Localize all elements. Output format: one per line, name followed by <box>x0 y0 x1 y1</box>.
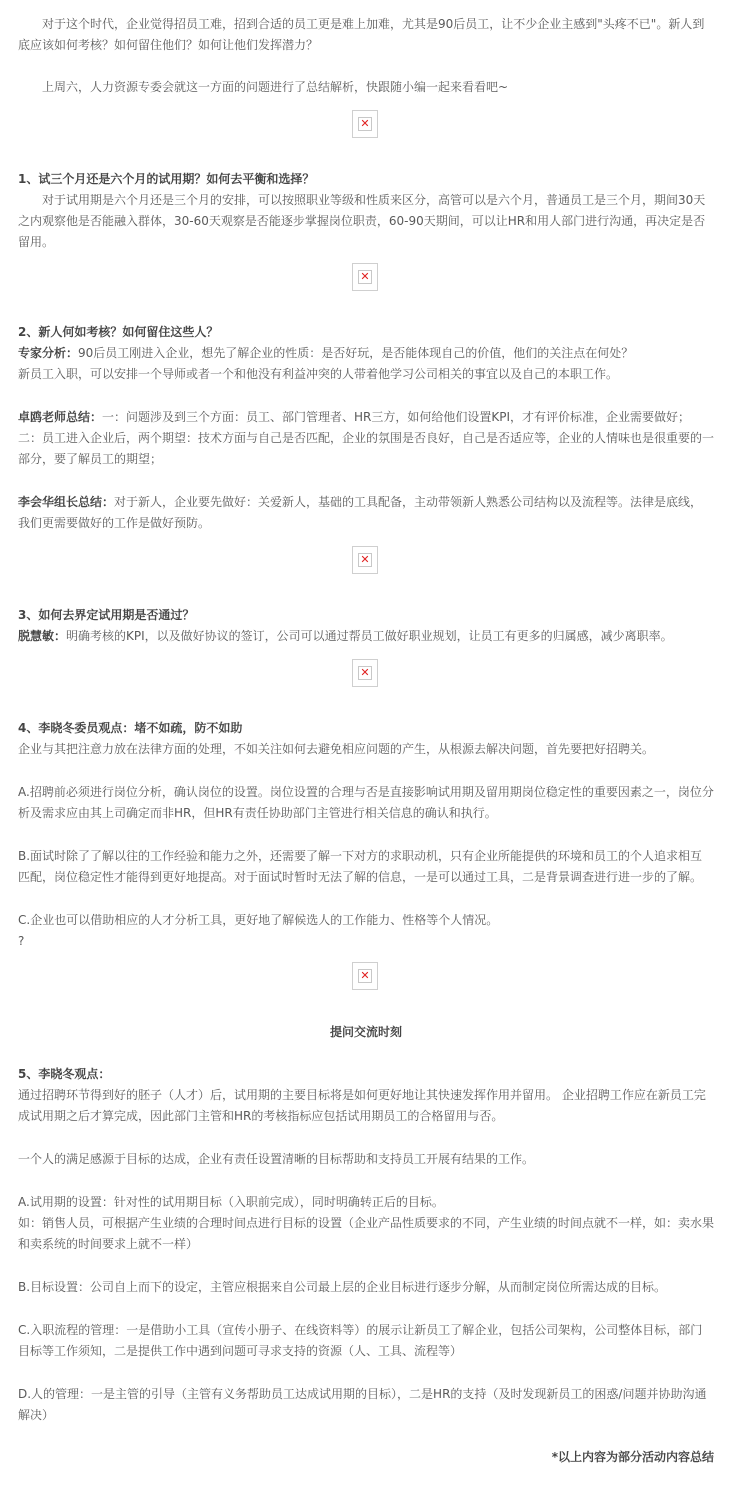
li-summary: 李会华组长总结：对于新人，企业要先做好：关爱新人，基础的工具配备，主动带领新人熟… <box>18 492 714 534</box>
section-4-heading: 4、李晓冬委员观点：堵不如疏，防不如助 <box>18 718 714 739</box>
section-1-body: 对于试用期是六个月还是三个月的安排，可以按照职业等级和性质来区分，高管可以是六个… <box>18 190 714 253</box>
section-5-heading: 5、李晓冬观点： <box>18 1064 714 1085</box>
expert-text-2: 新员工入职，可以安排一个导师或者一个和他没有利益冲突的人带着他学习公司相关的事宜… <box>18 364 714 385</box>
section-5-point-a: A.试用期的设置：针对性的试用期目标（入职前完成），同时明确转正后的目标。 <box>18 1192 714 1213</box>
section-5-paragraph-1: 通过招聘环节得到好的胚子（人才）后，试用期的主要目标将是如何更好地让其快速发挥作… <box>18 1085 714 1127</box>
section-4-point-b: B.面试时除了了解以往的工作经验和能力之外，还需要了解一下对方的求职动机，只有企… <box>18 846 714 888</box>
section-2-heading: 2、新人何如考核？如何留住这些人？ <box>18 322 714 343</box>
broken-image-icon: ✕ <box>358 666 372 680</box>
broken-image: ✕ <box>352 962 378 990</box>
qa-title: 提问交流时刻 <box>18 1022 714 1043</box>
broken-image-icon: ✕ <box>358 270 372 284</box>
section-5-point-a-example: 如：销售人员，可根据产生业绩的合理时间点进行目标的设置（企业产品性质要求的不同，… <box>18 1213 714 1255</box>
zhuo-text-2: 二：员工进入企业后，两个期望：技术方面与自己是否匹配，企业的氛围是否良好，自己是… <box>18 428 714 470</box>
section-3-heading: 3、如何去界定试用期是否通过？ <box>18 605 714 626</box>
zhuo-text: 一：问题涉及到三个方面：员工、部门管理者、HR三方，如何给他们设置KPI，才有评… <box>102 410 690 424</box>
broken-image: ✕ <box>352 659 378 687</box>
broken-image-icon: ✕ <box>358 117 372 131</box>
broken-image: ✕ <box>352 263 378 291</box>
broken-image-icon: ✕ <box>358 553 372 567</box>
broken-image-icon: ✕ <box>358 969 372 983</box>
section-3-body: 脱慧敏：明确考核的KPI，以及做好协议的签订，公司可以通过帮员工做好职业规划，让… <box>18 626 714 647</box>
section-5-point-b: B.目标设置：公司自上而下的设定，主管应根据来自公司最上层的企业目标进行逐步分解… <box>18 1277 714 1298</box>
li-label: 李会华组长总结： <box>18 495 114 509</box>
section-3-text: 明确考核的KPI，以及做好协议的签订，公司可以通过帮员工做好职业规划，让员工有更… <box>66 629 673 643</box>
expert-text: 90后员工刚进入企业，想先了解企业的性质：是否好玩，是否能体现自己的价值，他们的… <box>78 346 633 360</box>
section-4-point-a: A.招聘前必须进行岗位分析，确认岗位的设置。岗位设置的合理与否是直接影响试用期及… <box>18 782 714 824</box>
section-5-paragraph-2: 一个人的满足感源于目标的达成，企业有责任设置清晰的目标帮助和支持员工开展有结果的… <box>18 1149 714 1170</box>
intro-paragraph-1: 对于这个时代，企业觉得招员工难，招到合适的员工更是难上加难，尤其是90后员工，让… <box>18 14 714 56</box>
zhuo-summary: 卓鸥老师总结：一：问题涉及到三个方面：员工、部门管理者、HR三方，如何给他们设置… <box>18 407 714 428</box>
broken-image: ✕ <box>352 546 378 574</box>
expert-analysis: 专家分析：90后员工刚进入企业，想先了解企业的性质：是否好玩，是否能体现自己的价… <box>18 343 714 364</box>
section-5-point-c: C.入职流程的管理：一是借助小工具（宣传小册子、在线资料等）的展示让新员工了解企… <box>18 1320 714 1362</box>
broken-image: ✕ <box>352 110 378 138</box>
stray-question-mark: ? <box>18 931 714 952</box>
li-text: 对于新人，企业要先做好：关爱新人，基础的工具配备，主动带领新人熟悉公司结构以及流… <box>18 495 702 530</box>
footer-note: *以上内容为部分活动内容总结 <box>18 1447 714 1468</box>
expert-label: 专家分析： <box>18 346 78 360</box>
section-3-label: 脱慧敏： <box>18 629 66 643</box>
section-1-heading: 1、试三个月还是六个月的试用期？如何去平衡和选择？ <box>18 169 714 190</box>
section-5-point-d: D.人的管理：一是主管的引导（主管有义务帮助员工达成试用期的目标），二是HR的支… <box>18 1384 714 1426</box>
intro-paragraph-2: 上周六，人力资源专委会就这一方面的问题进行了总结解析，快跟随小编一起来看看吧~ <box>18 77 714 98</box>
section-4-intro: 企业与其把注意力放在法律方面的处理，不如关注如何去避免相应问题的产生，从根源去解… <box>18 739 714 760</box>
section-4-point-c: C.企业也可以借助相应的人才分析工具，更好地了解候选人的工作能力、性格等个人情况… <box>18 910 714 931</box>
zhuo-label: 卓鸥老师总结： <box>18 410 102 424</box>
